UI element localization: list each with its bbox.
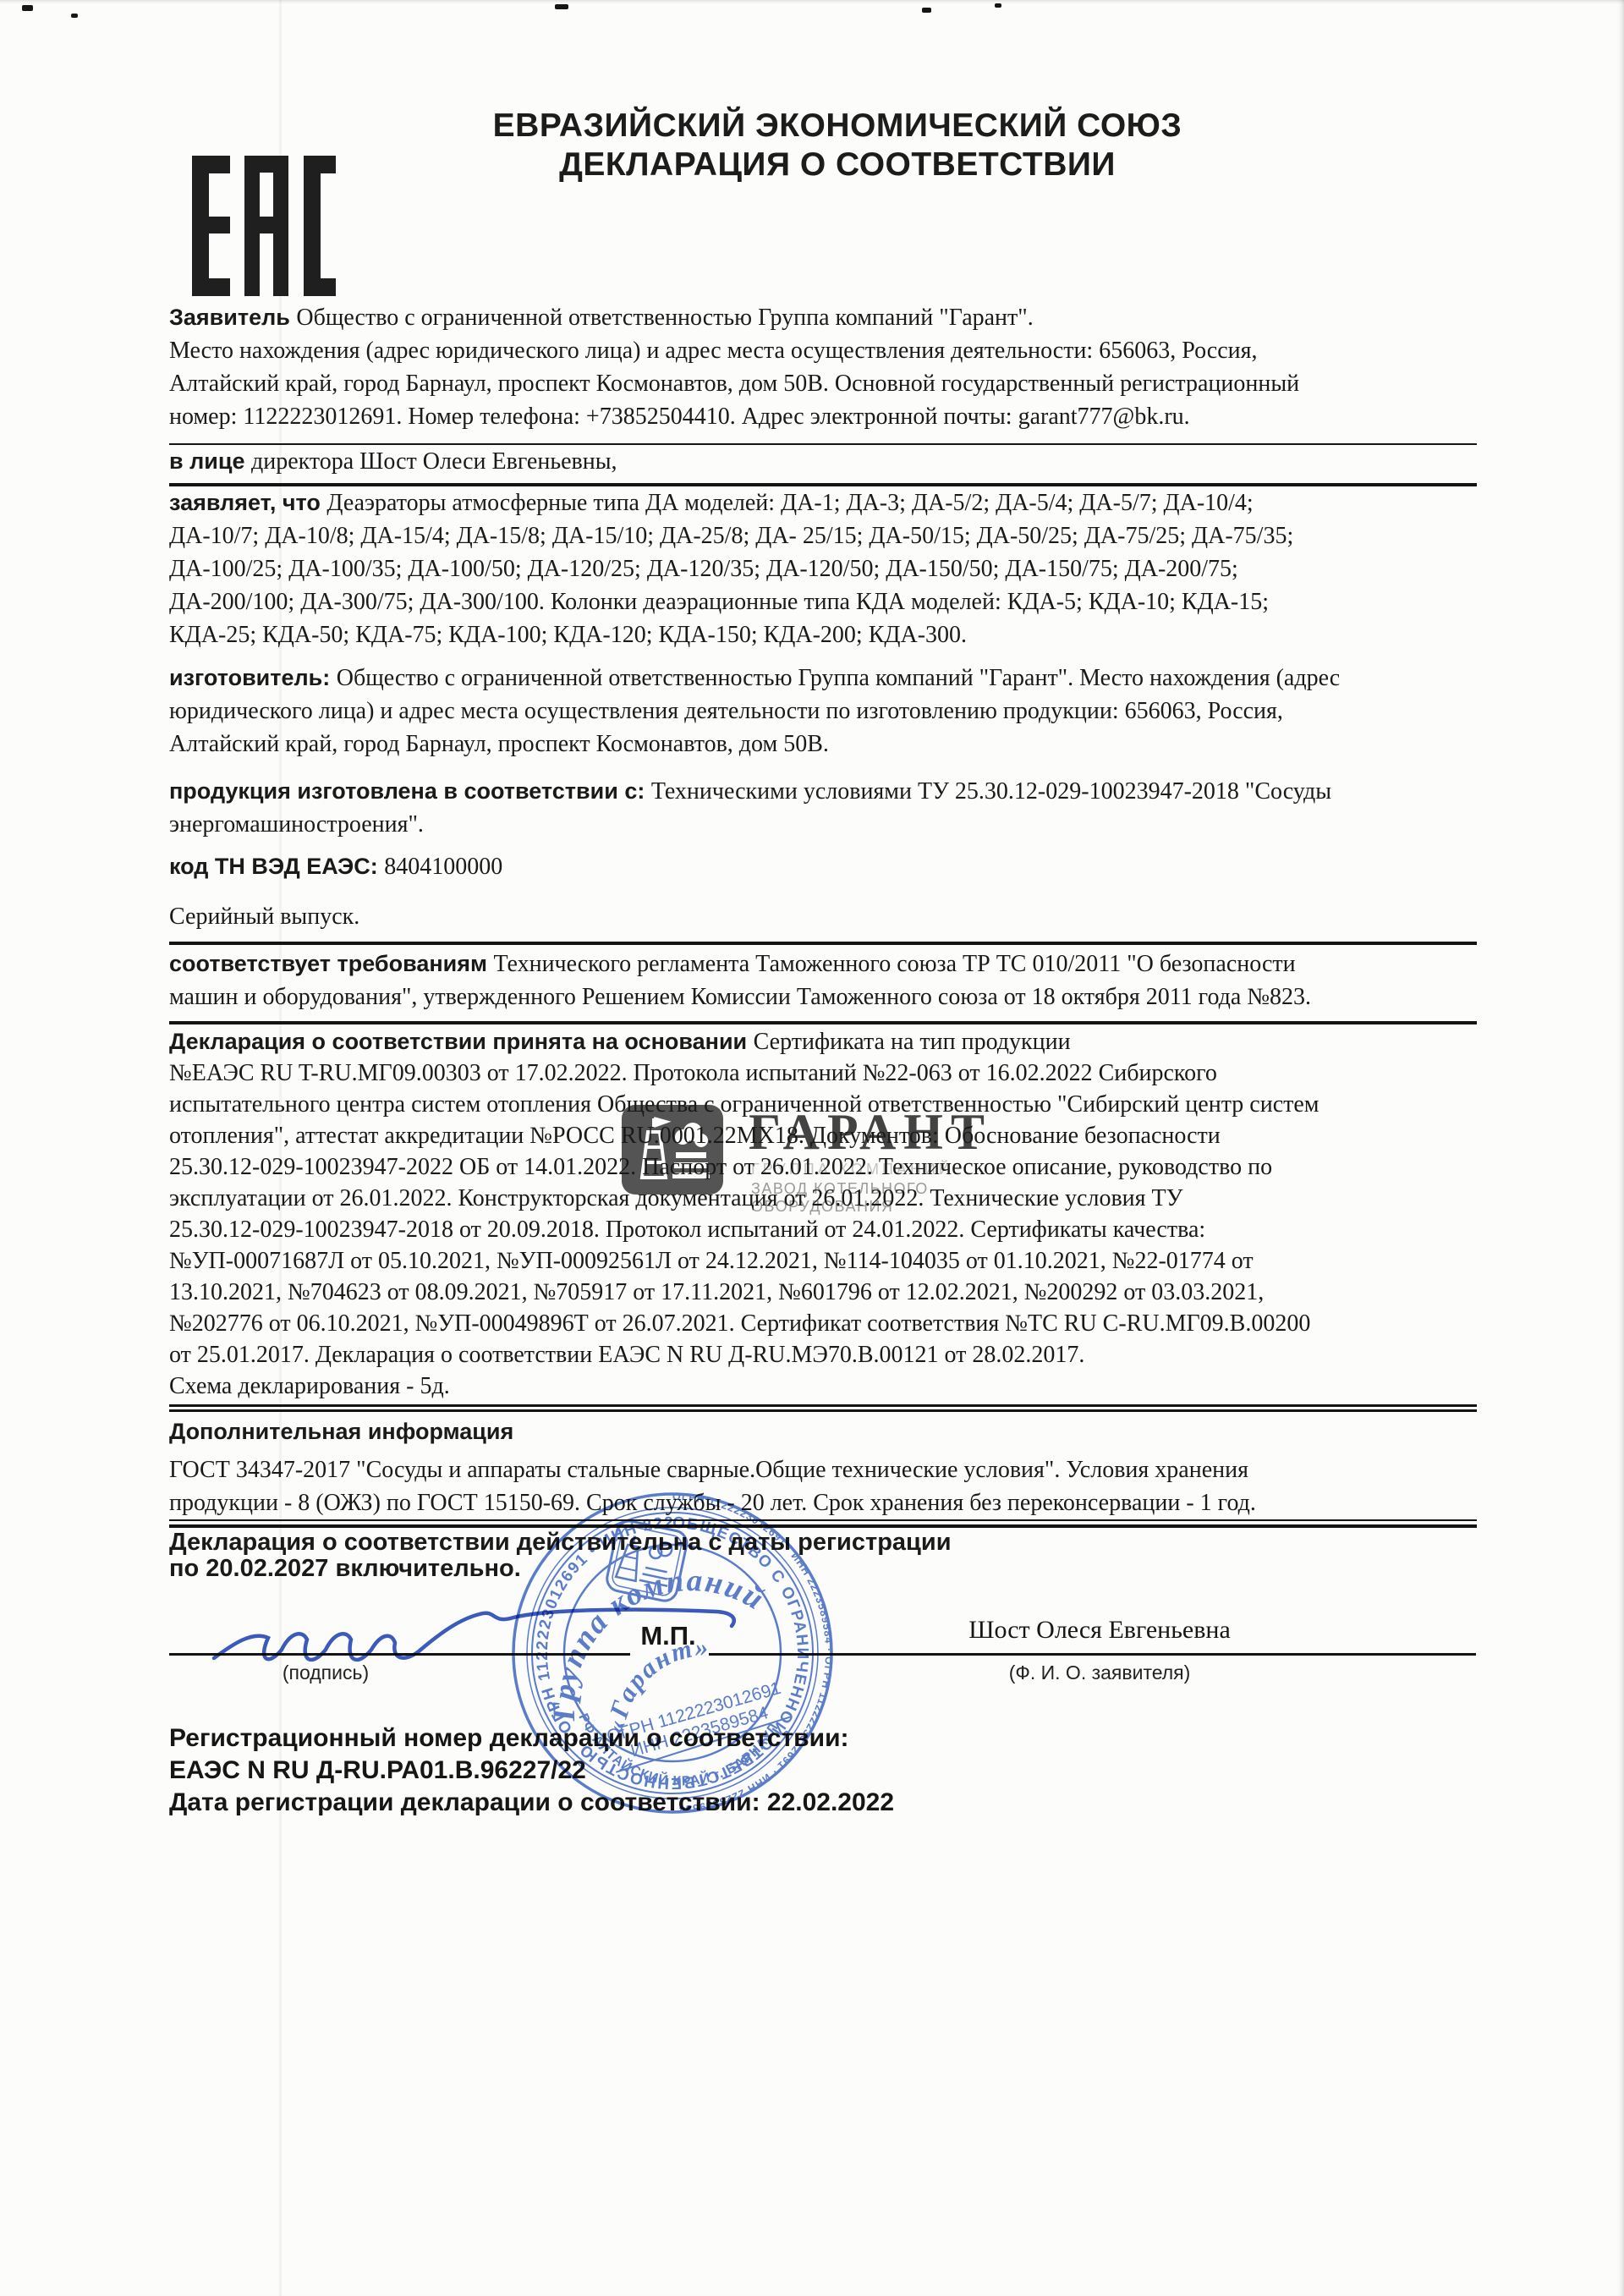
text-line: Алтайский край, город Барнаул, проспект … — [169, 367, 1477, 400]
text-line: номер: 1122223012691. Номер телефона: +7… — [169, 400, 1477, 433]
field-text: ДА-100/25; ДА-100/35; ДА-100/50; ДА-120/… — [169, 556, 1238, 582]
declaration-document-page: ЕВРАЗИЙСКИЙ ЭКОНОМИЧЕСКИЙ СОЮЗ ДЕКЛАРАЦИ… — [0, 0, 1624, 2296]
field-text: Технического регламента Таможенного союз… — [493, 951, 1295, 977]
text-line: в лице директора Шост Олеси Евгеньевны, — [169, 445, 1477, 478]
field-label: соответствует требованиям — [169, 951, 493, 976]
horizontal-rule — [169, 1409, 1477, 1412]
text-line: соответствует требованиям Технического р… — [169, 948, 1477, 980]
text-line: №УП-00071687Л от 05.10.2021, №УП-0009256… — [169, 1245, 1477, 1277]
field-text: отопления", аттестат аккредитации №РОСС … — [169, 1123, 1221, 1149]
field-text: Общество с ограниченной ответственностью… — [296, 305, 1033, 331]
field-text: юридического лица) и адрес места осущест… — [169, 698, 1283, 724]
horizontal-rule — [169, 942, 1477, 945]
text-line: ДА-10/7; ДА-10/8; ДА-15/4; ДА-15/8; ДА-1… — [169, 519, 1477, 552]
field-text: эксплуатации от 26.01.2022. Конструкторс… — [169, 1185, 1182, 1211]
field-label: в лице — [169, 448, 251, 474]
text-line: Алтайский край, город Барнаул, проспект … — [169, 728, 1477, 761]
field-text: Техническими условиями ТУ 25.30.12-029-1… — [651, 778, 1331, 805]
text-line: код ТН ВЭД ЕАЭС: 8404100000 — [169, 850, 1477, 883]
text-line: испытательного центра систем отопления О… — [169, 1089, 1477, 1120]
field-text: от 25.01.2017. Декларация о соответствии… — [169, 1342, 1084, 1368]
text-line: Серийный выпуск. — [169, 900, 1477, 933]
text-line: отопления", аттестат аккредитации №РОСС … — [169, 1120, 1477, 1151]
document-body: Заявитель Общество с ограниченной ответс… — [169, 301, 1477, 1582]
field-text: ДА-10/7; ДА-10/8; ДА-15/4; ДА-15/8; ДА-1… — [169, 523, 1293, 549]
field-label: код ТН ВЭД ЕАЭС: — [169, 854, 384, 879]
field-text: ГОСТ 34347-2017 "Сосуды и аппараты сталь… — [169, 1457, 1248, 1483]
scan-speck — [71, 14, 78, 18]
title-line-union: ЕВРАЗИЙСКИЙ ЭКОНОМИЧЕСКИЙ СОЮЗ — [203, 107, 1472, 146]
text-line: Дополнительная информация — [169, 1415, 1477, 1448]
text-line: КДА-25; КДА-50; КДА-75; КДА-100; КДА-120… — [169, 618, 1477, 651]
field-text: энергомашиностроения". — [169, 811, 424, 838]
field-text: Алтайский край, город Барнаул, проспект … — [169, 371, 1299, 397]
text-line: 25.30.12-029-10023947-2018 от 20.09.2018… — [169, 1214, 1477, 1245]
title-line-declaration: ДЕКЛАРАЦИЯ О СООТВЕТСТВИИ — [203, 146, 1472, 184]
field-text: ДА-200/100; ДА-300/75; ДА-300/100. Колон… — [169, 589, 1269, 615]
text-line: машин и оборудования", утвержденного Реш… — [169, 980, 1477, 1013]
text-line: 13.10.2021, №704623 от 08.09.2021, №7059… — [169, 1277, 1477, 1308]
applicant-name: Шост Олеся Евгеньевна — [880, 1616, 1319, 1645]
text-line: эксплуатации от 26.01.2022. Конструкторс… — [169, 1183, 1477, 1214]
field-label: Дополнительная информация — [169, 1419, 513, 1444]
field-text: 25.30.12-029-10023947-2022 ОБ от 14.01.2… — [169, 1154, 1272, 1180]
field-text: Схема декларирования - 5д. — [169, 1373, 450, 1399]
text-line: заявляет, что Деаэраторы атмосферные тип… — [169, 486, 1477, 519]
text-line: Заявитель Общество с ограниченной ответс… — [169, 301, 1477, 334]
text-line: юридического лица) и адрес места осущест… — [169, 695, 1477, 728]
text-line: ГОСТ 34347-2017 "Сосуды и аппараты сталь… — [169, 1453, 1477, 1486]
field-text: КДА-25; КДА-50; КДА-75; КДА-100; КДА-120… — [169, 622, 967, 648]
field-text: машин и оборудования", утвержденного Реш… — [169, 984, 1311, 1010]
field-text: номер: 1122223012691. Номер телефона: +7… — [169, 404, 1190, 430]
field-text: Алтайский край, город Барнаул, проспект … — [169, 731, 829, 757]
scan-speck — [555, 4, 568, 9]
field-label: заявляет, что — [169, 490, 326, 515]
field-label: Заявитель — [169, 305, 296, 330]
text-line: Схема декларирования - 5д. — [169, 1370, 1477, 1402]
text-line: от 25.01.2017. Декларация о соответствии… — [169, 1339, 1477, 1370]
field-text: №УП-00071687Л от 05.10.2021, №УП-0009256… — [169, 1248, 1254, 1274]
applicant-caption: (Ф. И. О. заявителя) — [880, 1662, 1319, 1684]
field-text: №202776 от 06.10.2021, №УП-00049896Т от … — [169, 1310, 1310, 1337]
scan-speck — [995, 3, 1001, 8]
field-text: 13.10.2021, №704623 от 08.09.2021, №7059… — [169, 1279, 1264, 1305]
horizontal-rule — [169, 1404, 1477, 1407]
field-label: по 20.02.2027 включительно. — [169, 1555, 521, 1582]
field-text: 25.30.12-029-10023947-2018 от 20.09.2018… — [169, 1217, 1205, 1243]
field-text: испытательного центра систем отопления О… — [169, 1091, 1319, 1118]
field-text: Деаэраторы атмосферные типа ДА моделей: … — [326, 490, 1253, 516]
text-line: Место нахождения (адрес юридического лиц… — [169, 334, 1477, 367]
text-line: №202776 от 06.10.2021, №УП-00049896Т от … — [169, 1308, 1477, 1339]
handwritten-signature — [190, 1589, 765, 1686]
field-text: Сертификата на тип продукции — [754, 1029, 1071, 1055]
scan-speck — [922, 8, 931, 13]
field-text: директора Шост Олеси Евгеньевны, — [251, 448, 617, 475]
field-text: Общество с ограниченной ответственностью… — [337, 665, 1340, 691]
text-line: Декларация о соответствии принята на осн… — [169, 1026, 1477, 1057]
field-text: №ЕАЭС RU T-RU.МГ09.00303 от 17.02.2022. … — [169, 1060, 1217, 1086]
text-line: ДА-100/25; ДА-100/35; ДА-100/50; ДА-120/… — [169, 552, 1477, 585]
horizontal-rule — [169, 1021, 1477, 1024]
field-label: изготовитель: — [169, 665, 337, 690]
text-line: ДА-200/100; ДА-300/75; ДА-300/100. Колон… — [169, 585, 1477, 618]
text-line: №ЕАЭС RU T-RU.МГ09.00303 от 17.02.2022. … — [169, 1057, 1477, 1089]
text-line: продукция изготовлена в соответствии с: … — [169, 775, 1477, 808]
field-text: Серийный выпуск. — [169, 904, 359, 930]
field-label: Декларация о соответствии принята на осн… — [169, 1029, 754, 1054]
field-text: 8404100000 — [384, 854, 502, 880]
document-title: ЕВРАЗИЙСКИЙ ЭКОНОМИЧЕСКИЙ СОЮЗ ДЕКЛАРАЦИ… — [203, 107, 1472, 184]
text-line: энергомашиностроения". — [169, 808, 1477, 841]
scan-speck — [22, 5, 33, 11]
field-text: Место нахождения (адрес юридического лиц… — [169, 338, 1258, 364]
field-label: продукция изготовлена в соответствии с: — [169, 778, 651, 804]
text-line: изготовитель: Общество с ограниченной от… — [169, 662, 1477, 695]
text-line: 25.30.12-029-10023947-2022 ОБ от 14.01.2… — [169, 1151, 1477, 1183]
